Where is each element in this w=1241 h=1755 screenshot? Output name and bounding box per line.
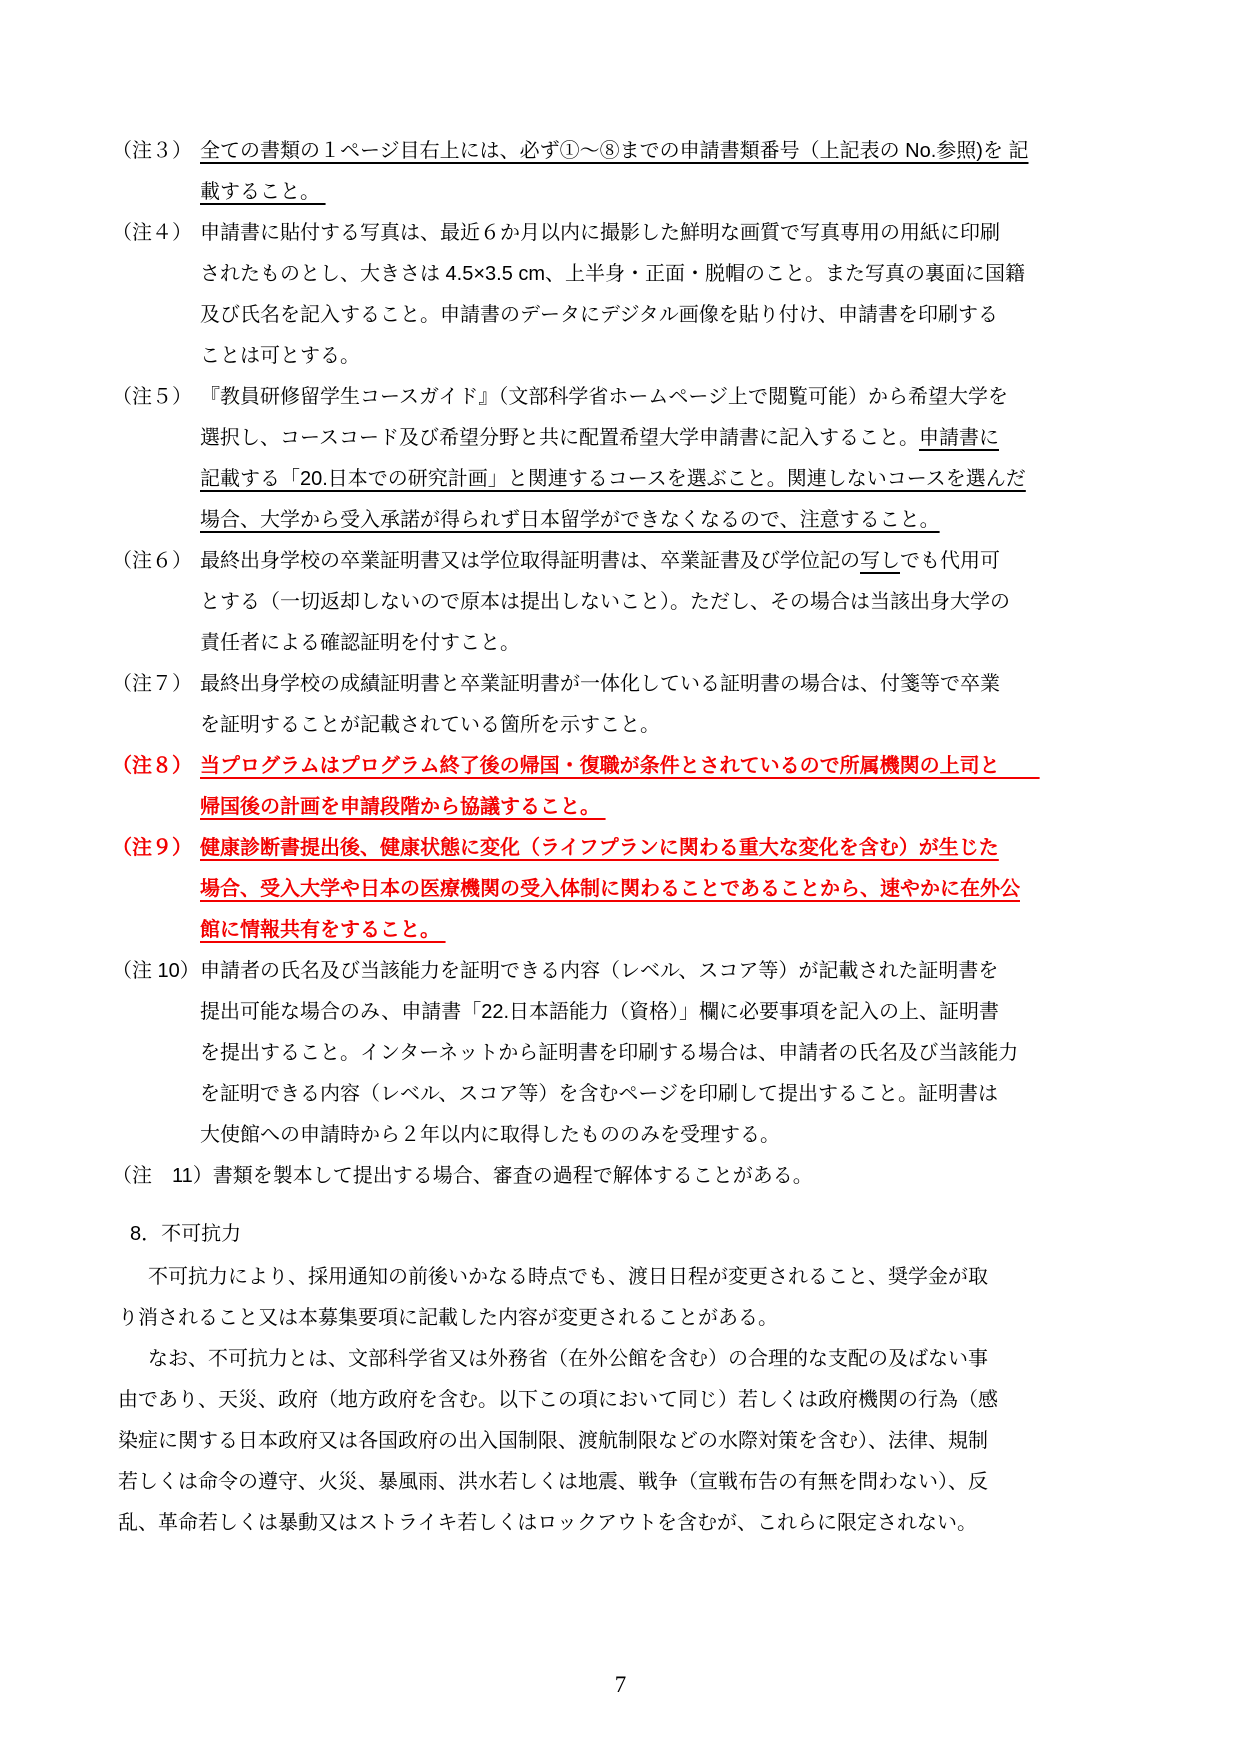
note-line: 及び氏名を記入すること。申請書のデータにデジタル画像を貼り付け、申請書を印刷する [112, 295, 1072, 336]
note-line: （注６）最終出身学校の卒業証明書又は学位取得証明書は、卒業証書及び学位記の写しで… [112, 541, 1072, 582]
underlined-text: 載すること。 [200, 181, 326, 203]
paragraph-line: 由であり、天災、政府（地方政府を含む。以下この項において同じ）若しくは政府機関の… [118, 1380, 1068, 1421]
note-label: （注６） [112, 541, 200, 582]
note-text: を証明できる内容（レベル、スコア等）を含むページを印刷して提出すること。証明書は [200, 1083, 998, 1105]
note: （注 11）書類を製本して提出する場合、審査の過程で解体することがある。 [112, 1156, 1072, 1197]
note-text: 提出可能な場合のみ、申請書「22.日本語能力（資格）」欄に必要事項を記入の上、証… [200, 1001, 999, 1023]
note: （注７）最終出身学校の成績証明書と卒業証明書が一体化している証明書の場合は、付箋… [112, 664, 1072, 746]
note-line: 載すること。 [112, 172, 1072, 213]
note-label: （注３） [112, 131, 200, 172]
note-line: 場合、受入大学や日本の医療機関の受入体制に関わることであることから、速やかに在外… [112, 869, 1072, 910]
note-text: 『教員研修留学生コースガイド』（文部科学省ホームページ上で閲覧可能）から希望大学… [200, 386, 1008, 408]
note-label: （注 11） [112, 1156, 213, 1197]
note-text: 最終出身学校の卒業証明書又は学位取得証明書は、卒業証書及び学位記の [200, 550, 860, 572]
note-line: （注８）当プログラムはプログラム終了後の帰国・復職が条件とされているので所属機関… [112, 746, 1072, 787]
paragraph-line: 染症に関する日本政府又は各国政府の出入国制限、渡航制限などの水際対策を含む）、法… [118, 1421, 1068, 1462]
note-line: 帰国後の計画を申請段階から協議すること。 [112, 787, 1072, 828]
note-line: （注４）申請書に貼付する写真は、最近６か月以内に撮影した鮮明な画質で写真専用の用… [112, 213, 1072, 254]
note: （注５）『教員研修留学生コースガイド』（文部科学省ホームページ上で閲覧可能）から… [112, 377, 1072, 541]
note-label: （注 10） [112, 951, 200, 992]
underlined-text: 館に情報共有をすること。 [200, 919, 446, 941]
note: （注３）全ての書類の１ページ目右上には、必ず①～⑧までの申請書類番号（上記表の … [112, 131, 1072, 213]
note-line: 記載する「20.日本での研究計画」と関連するコースを選ぶこと。関連しないコースを… [112, 459, 1072, 500]
underlined-text: 写し [860, 550, 900, 572]
paragraph: なお、不可抗力とは、文部科学省又は外務省（在外公館を含む）の合理的な支配の及ばな… [118, 1339, 1068, 1544]
note-line: （注３）全ての書類の１ページ目右上には、必ず①～⑧までの申請書類番号（上記表の … [112, 131, 1072, 172]
note-label: （注７） [112, 664, 200, 705]
section-paragraphs: 不可抗力により、採用通知の前後いかなる時点でも、渡日日程が変更されること、奨学金… [118, 1257, 1068, 1544]
note-text: を証明することが記載されている箇所を示すこと。 [200, 714, 660, 736]
document-page: （注３）全ての書類の１ページ目右上には、必ず①～⑧までの申請書類番号（上記表の … [0, 0, 1241, 1755]
note-text: ことは可とする。 [200, 345, 360, 367]
note-line: 館に情報共有をすること。 [112, 910, 1072, 951]
note-text: 最終出身学校の成績証明書と卒業証明書が一体化している証明書の場合は、付箋等で卒業 [200, 673, 1000, 695]
underlined-text: 場合、大学から受入承諾が得られず日本留学ができなくなるので、注意すること。 [200, 509, 940, 531]
underlined-text: 場合、受入大学や日本の医療機関の受入体制に関わることであることから、速やかに在外… [200, 878, 1020, 900]
underlined-text: 全ての書類の１ページ目右上には、必ず①～⑧までの申請書類番号（上記表の No.参… [200, 140, 1029, 162]
note-line: （注 11）書類を製本して提出する場合、審査の過程で解体することがある。 [112, 1156, 1072, 1197]
note: （注８）当プログラムはプログラム終了後の帰国・復職が条件とされているので所属機関… [112, 746, 1072, 828]
note-line: （注５）『教員研修留学生コースガイド』（文部科学省ホームページ上で閲覧可能）から… [112, 377, 1072, 418]
note-text: を提出すること。インターネットから証明書を印刷する場合は、申請者の氏名及び当該能… [200, 1042, 1018, 1064]
note: （注４）申請書に貼付する写真は、最近６か月以内に撮影した鮮明な画質で写真専用の用… [112, 213, 1072, 377]
note-line: とする（一切返却しないので原本は提出しないこと）。ただし、その場合は当該出身大学… [112, 582, 1072, 623]
paragraph-line: り消されること又は本募集要項に記載した内容が変更されることがある。 [118, 1298, 1068, 1339]
paragraph-line: 乱、革命若しくは暴動又はストライキ若しくはロックアウトを含むが、これらに限定され… [118, 1503, 1068, 1544]
paragraph: 不可抗力により、採用通知の前後いかなる時点でも、渡日日程が変更されること、奨学金… [118, 1257, 1068, 1339]
note-line: を証明することが記載されている箇所を示すこと。 [112, 705, 1072, 746]
note-label: （注９） [112, 828, 200, 869]
underlined-text: 帰国後の計画を申請段階から協議すること。 [200, 796, 606, 818]
note-line: 提出可能な場合のみ、申請書「22.日本語能力（資格）」欄に必要事項を記入の上、証… [112, 992, 1072, 1033]
note-line: 責任者による確認証明を付すこと。 [112, 623, 1072, 664]
underlined-text: 健康診断書提出後、健康状態に変化（ライフプランに関わる重大な変化を含む）が生じた [200, 837, 999, 859]
note-text: 責任者による確認証明を付すこと。 [200, 632, 520, 654]
page-number: 7 [0, 1672, 1241, 1698]
note-line: 選択し、コースコード及び希望分野と共に配置希望大学申請書に記入すること。申請書に [112, 418, 1072, 459]
note-label: （注５） [112, 377, 200, 418]
note: （注６）最終出身学校の卒業証明書又は学位取得証明書は、卒業証書及び学位記の写しで… [112, 541, 1072, 664]
note-text: 書類を製本して提出する場合、審査の過程で解体することがある。 [213, 1165, 813, 1187]
note: （注 10）申請者の氏名及び当該能力を証明できる内容（レベル、スコア等）が記載さ… [112, 951, 1072, 1156]
underlined-text: 記載する「20.日本での研究計画」と関連するコースを選ぶこと。関連しないコースを… [200, 468, 1026, 490]
underlined-text: 当プログラムはプログラム終了後の帰国・復職が条件とされているので所属機関の上司と [200, 755, 1040, 777]
note-line: （注９）健康診断書提出後、健康状態に変化（ライフプランに関わる重大な変化を含む）… [112, 828, 1072, 869]
note-text: とする（一切返却しないので原本は提出しないこと）。ただし、その場合は当該出身大学… [200, 591, 1010, 613]
note-label: （注８） [112, 746, 200, 787]
note-line: されたものとし、大きさは 4.5×3.5 cm、上半身・正面・脱帽のこと。また写… [112, 254, 1072, 295]
note-line: （注７）最終出身学校の成績証明書と卒業証明書が一体化している証明書の場合は、付箋… [112, 664, 1072, 705]
note: （注９）健康診断書提出後、健康状態に変化（ライフプランに関わる重大な変化を含む）… [112, 828, 1072, 951]
note-text: 申請書に貼付する写真は、最近６か月以内に撮影した鮮明な画質で写真専用の用紙に印刷 [200, 222, 1000, 244]
note-text: 申請者の氏名及び当該能力を証明できる内容（レベル、スコア等）が記載された証明書を [200, 960, 998, 982]
note-label: （注４） [112, 213, 200, 254]
notes-list: （注３）全ての書類の１ページ目右上には、必ず①～⑧までの申請書類番号（上記表の … [112, 131, 1072, 1197]
paragraph-line: 不可抗力により、採用通知の前後いかなる時点でも、渡日日程が変更されること、奨学金… [118, 1257, 1068, 1298]
section-heading: 8．不可抗力 [118, 1214, 1068, 1255]
note-line: を証明できる内容（レベル、スコア等）を含むページを印刷して提出すること。証明書は [112, 1074, 1072, 1115]
paragraph-line: なお、不可抗力とは、文部科学省又は外務省（在外公館を含む）の合理的な支配の及ばな… [118, 1339, 1068, 1380]
note-text: されたものとし、大きさは 4.5×3.5 cm、上半身・正面・脱帽のこと。また写… [200, 263, 1025, 285]
note-text: 選択し、コースコード及び希望分野と共に配置希望大学申請書に記入すること。 [200, 427, 919, 449]
note-line: 場合、大学から受入承諾が得られず日本留学ができなくなるので、注意すること。 [112, 500, 1072, 541]
section-force-majeure: 8．不可抗力 不可抗力により、採用通知の前後いかなる時点でも、渡日日程が変更され… [118, 1214, 1068, 1544]
note-line: を提出すること。インターネットから証明書を印刷する場合は、申請者の氏名及び当該能… [112, 1033, 1072, 1074]
underlined-text: 申請書に [919, 427, 999, 449]
paragraph-line: 若しくは命令の遵守、火災、暴風雨、洪水若しくは地震、戦争（宣戦布告の有無を問わな… [118, 1462, 1068, 1503]
note-text: 及び氏名を記入すること。申請書のデータにデジタル画像を貼り付け、申請書を印刷する [200, 304, 998, 326]
note-text: でも代用可 [900, 550, 1000, 572]
note-line: ことは可とする。 [112, 336, 1072, 377]
note-text: 大使館への申請時から２年以内に取得したもののみを受理する。 [200, 1124, 780, 1146]
note-line: 大使館への申請時から２年以内に取得したもののみを受理する。 [112, 1115, 1072, 1156]
note-line: （注 10）申請者の氏名及び当該能力を証明できる内容（レベル、スコア等）が記載さ… [112, 951, 1072, 992]
